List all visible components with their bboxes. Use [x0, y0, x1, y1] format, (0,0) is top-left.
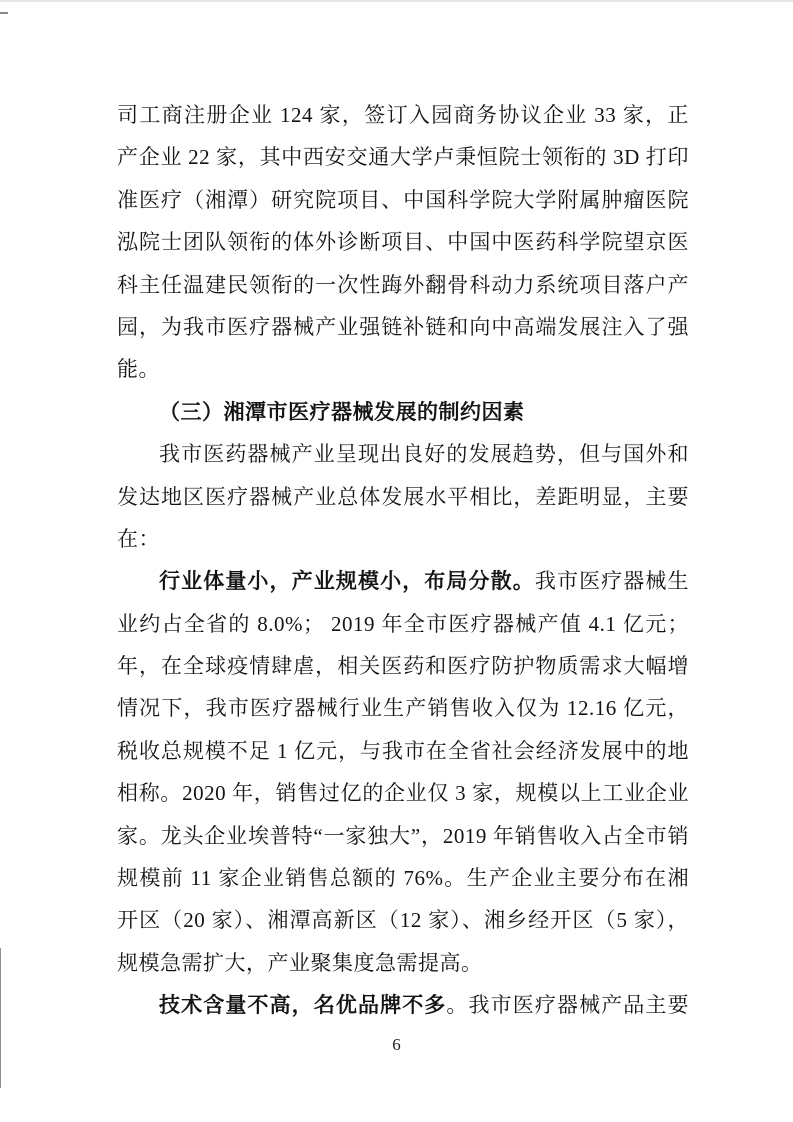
text-line: 科主任温建民领衔的一次性踇外翻骨科动力系统项目落户产业	[117, 264, 689, 306]
text-line: 相称。2020 年，销售过亿的企业仅 3 家，规模以上工业企业仅 7	[117, 772, 689, 814]
text-line: 业约占全省的 8.0%； 2019 年全市医疗器械产值 4.1 亿元；2020	[117, 603, 689, 645]
page-number: 6	[0, 1034, 793, 1056]
scan-artifact-bottom-left	[0, 948, 1, 1088]
text-line: 园，为我市医疗器械产业强链补链和向中高端发展注入了强劲动	[117, 306, 689, 348]
scan-edge-artifact-top	[0, 0, 793, 2]
text-line: 技术含量不高，名优品牌不多。我市医疗器械产品主要集中	[117, 984, 689, 1026]
text-line: 情况下，我市医疗器械行业生产销售收入仅为 12.16 亿元，行业	[117, 687, 689, 729]
text-line: 发达地区医疗器械产业总体发展水平相比，差距明显，主要表现	[117, 476, 689, 518]
section-heading: （三）湘潭市医疗器械发展的制约因素	[117, 391, 689, 433]
text-line: 我市医药器械产业呈现出良好的发展趋势，但与国外和国内	[117, 433, 689, 475]
text-line: 税收总规模不足 1 亿元，与我市在全省社会经济发展中的地位不	[117, 730, 689, 772]
text-line: 泓院士团队领衔的体外诊断项目、中国中医药科学院望京医院骨	[117, 221, 689, 263]
text-line: 行业体量小，产业规模小，布局分散。我市医疗器械生产企	[117, 560, 689, 602]
text-line: 家。龙头企业埃普特“一家独大”，2019 年销售收入占全市销售	[117, 815, 689, 857]
text-line: 规模前 11 家企业销售总额的 76%。生产企业主要分布在湘潭经	[117, 857, 689, 899]
document-page: 司工商注册企业 124 家，签订入园商务协议企业 33 家，正式投 产企业 22…	[0, 0, 793, 1122]
bold-lead-text: 技术含量不高，名优品牌不多	[159, 993, 446, 1017]
text-line: 规模急需扩大，产业聚集度急需提高。	[117, 942, 689, 984]
text-line: 产企业 22 家，其中西安交通大学卢秉恒院士领衔的 3D 打印精	[117, 136, 689, 178]
text-line: 司工商注册企业 124 家，签订入园商务协议企业 33 家，正式投	[117, 94, 689, 136]
page-body-text: 司工商注册企业 124 家，签订入园商务协议企业 33 家，正式投 产企业 22…	[117, 94, 689, 1027]
bold-lead-text: 行业体量小，产业规模小，布局分散。	[159, 569, 535, 593]
text-line: 能。	[117, 348, 689, 390]
scan-artifact-top-left	[0, 12, 8, 14]
text-line: 在：	[117, 518, 689, 560]
text-line: 开区（20 家）、湘潭高新区（12 家）、湘乡经开区（5 家），产业	[117, 899, 689, 941]
text-line: 准医疗（湘潭）研究院项目、中国科学院大学附属肿瘤医院谭蔚	[117, 179, 689, 221]
text-line: 年，在全球疫情肆虐，相关医药和医疗防护物质需求大幅增长的	[117, 645, 689, 687]
